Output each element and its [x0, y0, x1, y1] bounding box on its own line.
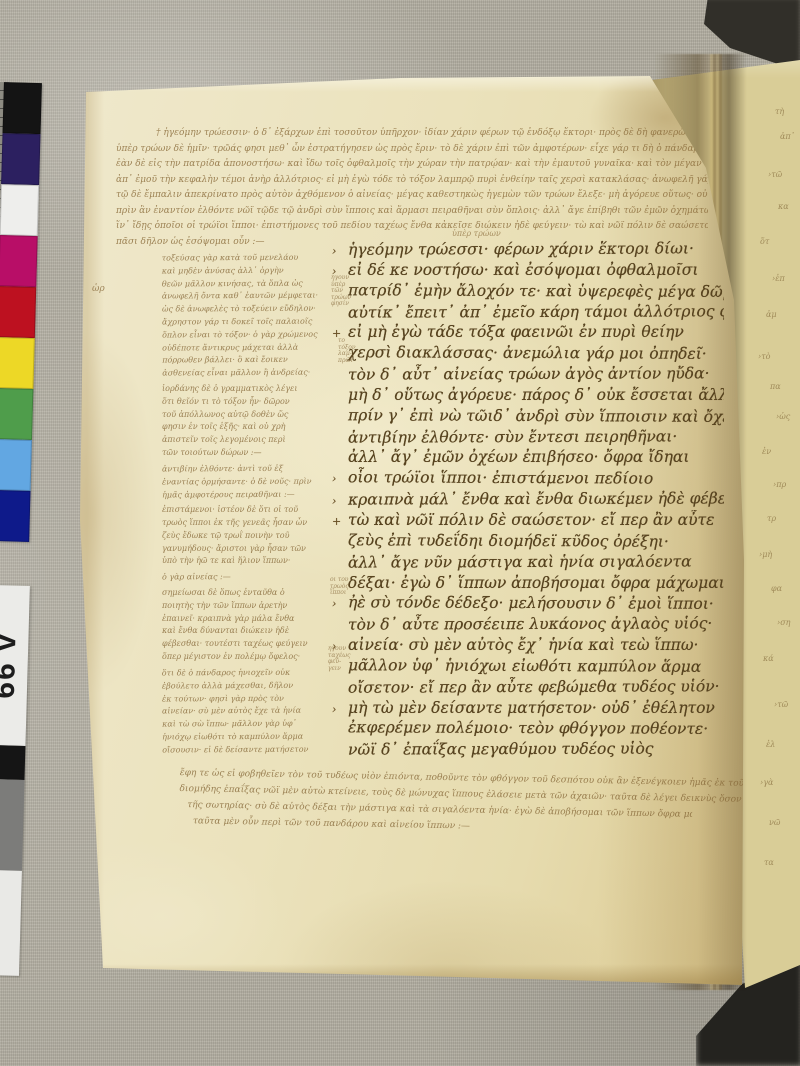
- top-scholia-line: ὑπὲρ τρώων δὲ ἡμῖν· τρῶάς φησι μεθ᾽ ὧν ἐ…: [116, 142, 708, 158]
- outer-margin-gloss: ὡρ: [92, 284, 105, 294]
- top-scholia-line: τῷ δὲ ἔμπαλιν ἀπεκρίνατο πρὸς αὐτὸν ἀχθό…: [116, 188, 708, 204]
- scholia-line: ἐβούλετο ἀλλὰ μάχεσθαι, δῆλον: [162, 679, 346, 693]
- scholia-line: ὅτι θεῖόν τι τὸ τόξον ἦν· δῶρον: [162, 396, 346, 409]
- scholia-paragraph: σημείωσαι δὲ ὅπως ἐνταῦθα ὁποιητὴς τὴν τ…: [162, 587, 346, 664]
- scholia-line: ποιητὴς τὴν τῶν ἵππων ἀρετὴν: [162, 600, 346, 613]
- top-scholia-block: † ἡγεόμην τρώεσσιν· ὁ δ᾽ ἐξάρχων ἐπὶ τοσ…: [116, 126, 708, 250]
- scholia-line: ἰορδάνης δὲ ὁ γραμματικὸς λέγει: [162, 383, 346, 396]
- interlinear-gloss-stack: τὸτόξονλαμ-πρῶι: [338, 338, 384, 364]
- interlinear-gloss-stack: ἤγουνὑπὲρτῶντρώωνφησίν: [331, 275, 377, 308]
- scholia-line: θεῶν μᾶλλον κινήσας, τὰ ὅπλα ὡς: [162, 277, 346, 291]
- recto-marginal-fragment: τα: [764, 858, 774, 867]
- recto-marginal-fragment: ἐν: [762, 447, 771, 456]
- verse-text: οἷοι τρώϊοι ἵπποι· ἐπιστάμενοι πεδίοιο: [348, 468, 653, 487]
- diple-mark: ›: [332, 492, 348, 511]
- scholia-line: ἀσθενείας εἶναι μᾶλλον ἢ ἀνδρείας·: [162, 367, 346, 381]
- main-text-line: δέξαι· ἐγὼ δ᾽ ἵππων ἀποβήσομαι ὄφρα μάχω…: [332, 573, 724, 594]
- verse-text: δέξαι· ἐγὼ δ᾽ ἵππων ἀποβήσομαι ὄφρα μάχω…: [348, 574, 724, 592]
- main-text-line: +τὼ καὶ νῶϊ πόλιν δὲ σαώσετον· εἴ περ ἂν…: [332, 510, 724, 531]
- scholia-line: ζεὺς ἔδωκε τῷ τρωῒ ποινὴν τοῦ: [162, 530, 346, 543]
- scholia-line: φησιν ἐν τοῖς ἑξῆς· καὶ οὐ χρὴ: [162, 421, 346, 434]
- verse-text: πατρίδ᾽ ἐμὴν ἄλοχόν τε· καὶ ὑψερεφὲς μέγ…: [348, 281, 724, 301]
- main-text-line: +εἰ μὴ ἐγὼ τάδε τόξα φαεινῶι ἐν πυρὶ θεί…: [332, 322, 724, 343]
- scholia-line: ἐκ τούτων· φησὶ γὰρ πρὸς τὸν: [162, 692, 346, 706]
- scholia-line: καὶ τὼ σὼ ἵππω· μᾶλλον γὰρ ὑφ᾽: [162, 717, 346, 731]
- scholia-line: τοῦ ἀπόλλωνος αὐτῷ δοθὲν ὥς: [162, 409, 346, 422]
- interlinear-gloss-line: φησίν: [331, 301, 377, 308]
- scholia-line: οἴσουσιν· εἰ δὲ δείσαντε ματήσετον: [162, 743, 346, 757]
- main-text-line: ›κραιπνὰ μάλ᾽ ἔνθα καὶ ἔνθα διωκέμεν ἠδὲ…: [332, 488, 724, 510]
- verse-text: χερσὶ διακλάσσας· ἀνεμώλια γάρ μοι ὀπηδε…: [348, 343, 707, 363]
- recto-marginal-fragment: φα: [771, 584, 782, 593]
- main-text-line: ›οἷοι τρώϊοι ἵπποι· ἐπιστάμενοι πεδίοιο: [332, 467, 724, 490]
- scholia-line: τρωὸς ἵπποι ἐκ τῆς γενεᾶς ἦσαν ὧν: [162, 517, 346, 530]
- scholia-line: οὐδέποτε ἄντικρυς μάχεται ἀλλὰ: [162, 341, 346, 355]
- recto-marginal-fragment: ἀμ: [766, 310, 777, 319]
- recto-marginal-fragment: τρ: [767, 514, 776, 523]
- grayscale-patch-black: [0, 745, 25, 780]
- verse-text: πρίν γ᾽ ἐπὶ νὼ τῶιδ᾽ ἀνδρὶ σὺν ἵπποισιν …: [348, 406, 724, 426]
- interlinear-gloss-line: γειν: [328, 666, 374, 673]
- scholia-line: ἄχρηστον γάρ τι δοκεῖ τοῖς παλαιοῖς: [162, 316, 346, 330]
- interlinear-gloss-line: ἵπποι: [330, 590, 376, 597]
- recto-marginal-fragment: ›τὸ: [758, 352, 770, 361]
- verse-text: ἐκφερέμεν πολέμοιο· τεὸν φθόγγον ποθέοντ…: [348, 719, 708, 739]
- color-patch: [0, 235, 38, 287]
- scholia-line: ὅπλον εἶναι τὸ τόξον· ὁ γὰρ χρώμενος: [162, 328, 346, 342]
- main-text-line: ›εἰ δέ κε νοστήσω· καὶ ἐσόψομαι ὀφθαλμοῖ…: [332, 260, 724, 281]
- scholia-line: ὑπὸ τὴν ἠῶ τε καὶ ἥλιον ἵππων·: [162, 555, 346, 568]
- color-patch: [0, 184, 39, 236]
- scholia-paragraph: ἐπιστάμενοι· ἰστέον δὲ ὅτι οἱ τοῦτρωὸς ἵ…: [162, 504, 346, 568]
- scholia-line: ἀνωφελῆ ὄντα καθ᾽ ἑαυτῶν μέμφεται·: [162, 290, 346, 304]
- verso-page-66v: † ἡγεόμην τρώεσσιν· ὁ δ᾽ ἐξάρχων ἐπὶ τοσ…: [80, 72, 744, 990]
- scholia-line: ὁ γὰρ αἰνείας :—: [162, 571, 346, 585]
- diple-mark: +: [332, 512, 348, 531]
- main-text-line: νῶϊ δ᾽ ἐπαΐξας μεγαθύμου τυδέος υἱὸς: [332, 739, 724, 761]
- margin-scholia-column: τοξεύσας γὰρ κατὰ τοῦ μενελάουκαὶ μηδὲν …: [162, 252, 346, 759]
- verse-text: οἴσετον· εἴ περ ἂν αὖτε φεβώμεθα τυδέος …: [348, 677, 720, 696]
- verse-text: αἰνεία· σὺ μὲν αὐτὸς ἔχ᾽ ἡνία καὶ τεὼ ἵπ…: [348, 636, 698, 654]
- main-text-line: ἐκφερέμεν πολέμοιο· τεὸν φθόγγον ποθέοντ…: [332, 718, 724, 741]
- verse-text: κραιπνὰ μάλ᾽ ἔνθα καὶ ἔνθα διωκέμεν ἠδὲ …: [348, 489, 724, 508]
- diple-mark: ›: [332, 700, 348, 719]
- scholia-line: φέβεσθαι· τουτέστι ταχέως φεύγειν: [162, 638, 346, 651]
- top-scholia-line: ἵν᾽ ἴδῃς ὁποῖοι οἱ τρώϊοι ἵπποι· ἐπιστήμ…: [116, 219, 708, 235]
- main-text-line: πρίν γ᾽ ἐπὶ νὼ τῶιδ᾽ ἀνδρὶ σὺν ἵπποισιν …: [332, 405, 724, 428]
- supralinear-gloss: ὑπὲρ τρώων: [452, 229, 501, 238]
- scholia-paragraph: ὅτι δὲ ὁ πάνδαρος ἡνιοχεῖν οὐκἐβούλετο ἀ…: [162, 666, 346, 757]
- color-patch: [0, 490, 31, 542]
- main-text-line: ›αἰνεία· σὺ μὲν αὐτὸς ἔχ᾽ ἡνία καὶ τεὼ ἵ…: [332, 635, 724, 656]
- verse-text: νῶϊ δ᾽ ἐπαΐξας μεγαθύμου τυδέος υἱὸς: [348, 740, 654, 759]
- scholia-paragraph: ἰορδάνης δὲ ὁ γραμματικὸς λέγειὅτι θεῖόν…: [162, 383, 346, 460]
- recto-marginal-fragment: τὴ: [775, 107, 784, 116]
- main-text-line: ›ἡγεόμην τρώεσσι· φέρων χάριν ἕκτορι δίω…: [332, 238, 724, 260]
- main-text-line: οἴσετον· εἴ περ ἂν αὖτε φεβώμεθα τυδέος …: [332, 676, 724, 698]
- scholia-line: ἡνιόχῳ εἰωθότι τὸ καμπύλον ἅρμα: [162, 730, 346, 744]
- interlinear-gloss-line: πρῶι: [338, 358, 384, 365]
- recto-marginal-fragment: πα: [770, 382, 781, 391]
- interlinear-gloss-stack: ἤγουνταχέωςφεύ-γειν: [328, 646, 374, 672]
- main-text-line: πατρίδ᾽ ἐμὴν ἄλοχόν τε· καὶ ὑψερεφὲς μέγ…: [332, 280, 724, 303]
- scholia-line: ἀντιβίην ἐλθόντε· ἀντὶ τοῦ ἐξ: [162, 462, 346, 476]
- scholia-line: ἡμᾶς ἀμφοτέρους πειραθῆναι :—: [162, 488, 346, 502]
- top-scholia-line: πρὶν ἂν ἐναντίον ἐλθόντε νῶϊ τῷδε τῷ ἀνδ…: [116, 204, 708, 220]
- recto-marginal-fragment: ἐλ: [766, 740, 775, 749]
- verse-text: ἡγεόμην τρώεσσι· φέρων χάριν ἕκτορι δίωι…: [348, 239, 694, 258]
- verse-text: εἰ μὴ ἐγὼ τάδε τόξα φαεινῶι ἐν πυρὶ θείη…: [348, 323, 684, 341]
- scholia-line: ἀπιστεῖν τοῖς λεγομένοις περὶ: [162, 434, 346, 447]
- scholia-line: ὅπερ μέγιστον ἐν πολέμῳ ὄφελος·: [162, 651, 346, 664]
- diple-mark: ›: [332, 242, 348, 261]
- manuscript-photo: { "calibration": { "folio_label": "66 v"…: [0, 0, 800, 1066]
- verse-text: τὸν δ᾽ αὖτε προσέειπε λυκάονος ἀγλαὸς υἱ…: [348, 615, 712, 634]
- color-patch: [0, 439, 32, 491]
- scholia-line: καὶ ἔνθα δύνανται διώκειν ἠδὲ: [162, 625, 346, 638]
- recto-marginal-fragment: ›ὡς: [776, 412, 790, 421]
- color-patch: [0, 286, 36, 338]
- scholia-line: ὅτι δὲ ὁ πάνδαρος ἡνιοχεῖν οὐκ: [162, 666, 346, 680]
- main-text-block: ›ἡγεόμην τρώεσσι· φέρων χάριν ἕκτορι δίω…: [332, 239, 724, 760]
- verse-text: τὸν δ᾽ αὖτ᾽ αἰνείας τρώων ἀγὸς ἀντίον ηὔ…: [348, 364, 710, 383]
- scholia-line: ἐπιστάμενοι· ἰστέον δὲ ὅτι οἱ τοῦ: [162, 504, 346, 517]
- main-text-line: ζεὺς ἐπὶ τυδεΐδηι διομήδεϊ κῦδος ὀρέξηι·: [332, 530, 724, 553]
- scholia-line: ἐναντίας ὁρμήσαντε· ὁ δὲ νοῦς· πρὶν: [162, 475, 346, 489]
- verse-text: μᾶλλον ὑφ᾽ ἡνιόχωι εἰωθότι καμπύλον ἅρμα: [348, 656, 701, 676]
- interlinear-gloss-stack: οἱ τοῦτρωὸςἵπποι: [330, 577, 376, 597]
- verse-text: ζεὺς ἐπὶ τυδεΐδηι διομήδεϊ κῦδος ὀρέξηι·: [348, 531, 669, 550]
- recto-marginal-fragment: ὅτ: [760, 237, 769, 246]
- top-scholia-line: ἀπ᾽ ἐμοῦ τὴν κεφαλὴν τέμοι ἀνὴρ ἀλλότριο…: [116, 173, 708, 189]
- recto-marginal-fragment: ›πρ: [773, 480, 786, 489]
- main-text-line: μᾶλλον ὑφ᾽ ἡνιόχωι εἰωθότι καμπύλον ἅρμα: [332, 655, 724, 678]
- diple-mark: ›: [332, 594, 348, 615]
- main-text-line: χερσὶ διακλάσσας· ἀνεμώλια γάρ μοι ὀπηδε…: [332, 342, 724, 365]
- recto-marginal-fragment: ›ση: [777, 618, 790, 627]
- verse-text: τὼ καὶ νῶϊ πόλιν δὲ σαώσετον· εἴ περ ἂν …: [348, 511, 714, 529]
- scholia-line: σημείωσαι δὲ ὅπως ἐνταῦθα ὁ: [162, 587, 346, 600]
- top-scholia-line: † ἡγεόμην τρώεσσιν· ὁ δ᾽ ἐξάρχων ἐπὶ τοσ…: [116, 126, 708, 142]
- main-text-line: ἀλλ᾽ ἄγ᾽ ἐμῶν ὀχέων ἐπιβήσεο· ὄφρα ἴδηαι: [332, 447, 724, 468]
- recto-marginal-fragment: νῶ: [769, 818, 780, 827]
- scholia-line: αἰνείαν· σὺ μὲν αὐτὸς ἔχε τὰ ἡνία: [162, 705, 346, 719]
- verse-text: ἀλλ᾽ ἄγ᾽ ἐμῶν ὀχέων ἐπιβήσεο· ὄφρα ἴδηαι: [348, 448, 689, 466]
- grayscale-patch-white: [0, 870, 22, 976]
- folio-number-text: 66 v: [0, 632, 24, 699]
- recto-marginal-fragment: κα: [778, 202, 789, 211]
- main-text-line: ›μὴ τὼ μὲν δείσαντε ματήσετον· οὐδ᾽ ἐθέλ…: [332, 698, 724, 719]
- scholia-line: τοξεύσας γὰρ κατὰ τοῦ μενελάου: [162, 252, 346, 266]
- bottom-scholia-block: ἔφη τε ὡς εἰ φοβηθεῖεν τὸν τοῦ τυδέως υἱ…: [179, 765, 760, 840]
- verse-text: μὴ τὼ μὲν δείσαντε ματήσετον· οὐδ᾽ ἐθέλη…: [348, 699, 715, 717]
- main-text-line: ἀλλ᾽ ἄγε νῦν μάστιγα καὶ ἡνία σιγαλόεντα: [332, 551, 724, 573]
- recto-marginal-fragment: ›τῶ: [768, 170, 782, 179]
- scholia-paragraph: ὁ γὰρ αἰνείας :—: [162, 571, 346, 585]
- color-patch-column: [0, 82, 42, 542]
- main-text-line: ›ἠὲ σὺ τόνδε δέδεξο· μελήσουσιν δ᾽ ἐμοὶ …: [332, 592, 724, 615]
- scholia-line: τῶν τοιούτων δώρων :—: [162, 447, 346, 460]
- verse-text: αὐτίκ᾽ ἔπειτ᾽ ἀπ᾽ ἐμεῖο κάρη τάμοι ἀλλότ…: [348, 302, 724, 321]
- grayscale-patch-gray: [0, 779, 24, 871]
- verse-text: ἠὲ σὺ τόνδε δέδεξο· μελήσουσιν δ᾽ ἐμοὶ ἵ…: [348, 594, 714, 614]
- color-patch: [0, 337, 35, 389]
- main-text-line: τὸν δ᾽ αὖτ᾽ αἰνείας τρώων ἀγὸς ἀντίον ηὔ…: [332, 363, 724, 385]
- recto-marginal-fragment: ›μὴ: [759, 550, 772, 559]
- color-patch: [3, 82, 42, 134]
- recto-marginal-fragment: ἀπ᾽: [780, 132, 795, 141]
- main-text-line: μὴ δ᾽ οὕτως ἀγόρευε· πάρος δ᾽ οὐκ ἔσσετα…: [332, 385, 724, 406]
- verse-text: εἰ δέ κε νοστήσω· καὶ ἐσόψομαι ὀφθαλμοῖσ…: [348, 261, 698, 279]
- folio-number-label: 66 v: [0, 585, 30, 746]
- scholia-line: γανυμήδους· ἄριστοι γὰρ ἦσαν τῶν: [162, 543, 346, 556]
- main-text-line: ἀντιβίην ἐλθόντε· σὺν ἔντεσι πειρηθῆναι·: [332, 426, 724, 448]
- main-text-line: αὐτίκ᾽ ἔπειτ᾽ ἀπ᾽ ἐμεῖο κάρη τάμοι ἀλλότ…: [332, 301, 724, 323]
- scholia-paragraph: ἀντιβίην ἐλθόντε· ἀντὶ τοῦ ἐξἐναντίας ὁρ…: [162, 462, 346, 501]
- scholia-paragraph: τοξεύσας γὰρ κατὰ τοῦ μενελάουκαὶ μηδὲν …: [162, 252, 347, 381]
- scholia-line: ὡς δὲ ἀνωφελὲς τὸ τοξεύειν εὔδηλον·: [162, 303, 346, 317]
- top-scholia-line: ἐὰν δὲ εἰς τὴν πατρίδα ἀπονοστήσω· καὶ ἴ…: [116, 157, 708, 173]
- color-patch: [0, 388, 33, 440]
- recto-marginal-fragment: ›γὰ: [760, 778, 773, 787]
- verse-text: μὴ δ᾽ οὕτως ἀγόρευε· πάρος δ᾽ οὐκ ἔσσετα…: [348, 386, 724, 404]
- scholia-line: ἐπαινεῖ· κραιπνὰ γὰρ μάλα ἔνθα: [162, 613, 346, 626]
- scholia-line: καὶ μηδὲν ἀνύσας ἀλλ᾽ ὀργὴν: [162, 264, 346, 278]
- verse-text: ἀντιβίην ἐλθόντε· σὺν ἔντεσι πειρηθῆναι·: [348, 427, 677, 446]
- color-patch: [1, 133, 40, 185]
- diple-mark: ›: [332, 469, 348, 490]
- scholia-line: πόρρωθεν βάλλει· ὃ καὶ ἔοικεν: [162, 354, 346, 368]
- top-scholia-line: πᾶσι δῆλον ὡς ἐσόψομαι οὖν :—: [116, 235, 366, 251]
- verse-text: ἀλλ᾽ ἄγε νῦν μάστιγα καὶ ἡνία σιγαλόεντα: [348, 552, 692, 571]
- recto-marginal-fragment: ›τῶ: [774, 700, 788, 709]
- recto-marginal-fragment: ›ἐπ: [772, 274, 785, 283]
- main-text-line: τὸν δ᾽ αὖτε προσέειπε λυκάονος ἀγλαὸς υἱ…: [332, 614, 724, 636]
- recto-marginal-fragment: κά: [763, 654, 774, 663]
